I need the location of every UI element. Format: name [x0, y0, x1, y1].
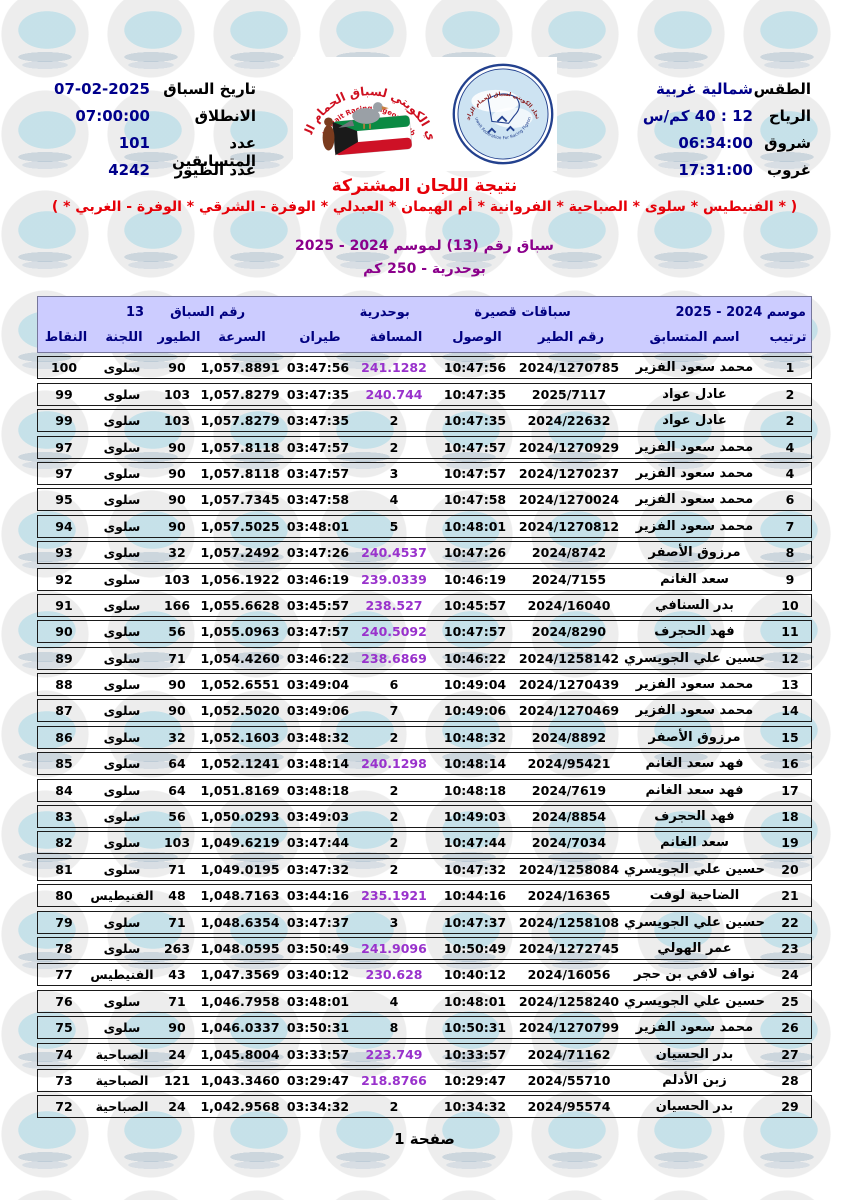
points-cell: 75 [38, 1020, 90, 1035]
committee-cell: سلوى [90, 572, 154, 587]
distance-cell: 241.1282 [356, 360, 432, 375]
rank-cell: 27 [769, 1047, 811, 1062]
weather-value: شمالية غربية [597, 80, 753, 98]
birds-count-cell: 90 [154, 360, 200, 375]
points-cell: 87 [38, 703, 90, 718]
arrival-time-cell: 10:50:31 [432, 1020, 518, 1035]
rank-cell: 9 [769, 572, 811, 587]
result-row: 10 بدر السنافي 2024/16040 10:45:57 238.5… [37, 594, 812, 617]
contestant-name-cell: زبن الأدلم [620, 1073, 769, 1088]
wind-label: الرياح [753, 107, 811, 125]
result-row: 17 فهد سعد الغانم 2024/7619 10:48:18 2 0… [37, 779, 812, 802]
flight-time-cell: 03:48:18 [280, 783, 356, 798]
col-header-committee: اللجنة [92, 330, 156, 345]
arrival-time-cell: 10:44:16 [432, 888, 518, 903]
wind-value: 12 : 40 كم/س [597, 107, 753, 125]
distance-cell: 2 [356, 440, 432, 455]
rank-cell: 8 [769, 545, 811, 560]
speed-cell: 1,046.7958 [200, 994, 280, 1009]
birds-count-cell: 90 [154, 466, 200, 481]
committee-cell: سلوى [90, 677, 154, 692]
birds-count-cell: 263 [154, 941, 200, 956]
birds-count-cell: 56 [154, 624, 200, 639]
col-header-distance: المسافة [358, 330, 434, 345]
points-cell: 78 [38, 941, 90, 956]
points-cell: 99 [38, 413, 90, 428]
main-title: نتيجة اللجان المشتركة [0, 176, 849, 196]
birds-count-cell: 71 [154, 651, 200, 666]
arrival-time-cell: 10:49:04 [432, 677, 518, 692]
flight-time-cell: 03:47:57 [280, 624, 356, 639]
contestant-name-cell: محمد سعود الفزير [620, 466, 769, 481]
speed-cell: 1,050.0293 [200, 809, 280, 824]
rank-cell: 11 [769, 624, 811, 639]
points-cell: 88 [38, 677, 90, 692]
rank-cell: 15 [769, 730, 811, 745]
flight-time-cell: 03:29:47 [280, 1073, 356, 1088]
distance-cell: 238.527 [356, 598, 432, 613]
points-cell: 73 [38, 1073, 90, 1088]
flight-time-cell: 03:49:06 [280, 703, 356, 718]
arrival-time-cell: 10:47:57 [432, 466, 518, 481]
col-header-points: النقاط [40, 330, 92, 345]
distance-cell: 240.4537 [356, 545, 432, 560]
arrival-time-cell: 10:47:56 [432, 360, 518, 375]
results-table: موسم 2024 - 2025 سباقات قصيرة بوحدرية رق… [37, 296, 812, 1118]
birds-count-cell: 43 [154, 967, 200, 982]
speed-cell: 1,052.1603 [200, 730, 280, 745]
points-cell: 89 [38, 651, 90, 666]
points-cell: 90 [38, 624, 90, 639]
flight-time-cell: 03:46:22 [280, 651, 356, 666]
flight-time-cell: 03:47:57 [280, 466, 356, 481]
points-cell: 82 [38, 835, 90, 850]
birds-count-cell: 103 [154, 835, 200, 850]
result-row: 27 بدر الحسيان 2024/71162 10:33:57 223.7… [37, 1043, 812, 1066]
flight-time-cell: 03:48:14 [280, 756, 356, 771]
flight-time-cell: 03:34:32 [280, 1099, 356, 1114]
distance-cell: 218.8766 [356, 1073, 432, 1088]
bird-number-cell: 2024/71162 [518, 1047, 620, 1062]
weather-row: الطقس شمالية غربية [593, 80, 811, 107]
contestant-name-cell: محمد سعود الفزير [620, 440, 769, 455]
arrival-time-cell: 10:47:57 [432, 440, 518, 455]
flight-time-cell: 03:47:44 [280, 835, 356, 850]
contestant-name-cell: فهد الحجرف [620, 809, 769, 824]
speed-cell: 1,057.8118 [200, 466, 280, 481]
arrival-time-cell: 10:47:37 [432, 915, 518, 930]
speed-cell: 1,057.8118 [200, 440, 280, 455]
committee-cell: سلوى [90, 730, 154, 745]
arrival-time-cell: 10:46:22 [432, 651, 518, 666]
birds-count-cell: 71 [154, 862, 200, 877]
result-row: 26 محمد سعود الفزير 2024/1270799 10:50:3… [37, 1016, 812, 1039]
contestant-name-cell: محمد سعود الفزير [620, 703, 769, 718]
contestant-name-cell: حسين علي الجويسري [620, 915, 769, 930]
speed-cell: 1,049.0195 [200, 862, 280, 877]
speed-cell: 1,042.9568 [200, 1099, 280, 1114]
col-header-flight: طيران [282, 330, 358, 345]
result-row: 2 عادل عواد 2024/22632 10:47:35 2 03:47:… [37, 409, 812, 432]
table-header: موسم 2024 - 2025 سباقات قصيرة بوحدرية رق… [37, 296, 812, 353]
birds-count-cell: 24 [154, 1047, 200, 1062]
birds-count-cell: 48 [154, 888, 200, 903]
distance-cell: 2 [356, 413, 432, 428]
committee-cell: سلوى [90, 519, 154, 534]
distance-cell: 2 [356, 809, 432, 824]
flight-time-cell: 03:47:35 [280, 387, 356, 402]
points-cell: 94 [38, 519, 90, 534]
release-time-label: الانطلاق [150, 107, 256, 125]
rank-cell: 22 [769, 915, 811, 930]
bird-number-cell: 2024/1270439 [518, 677, 620, 692]
result-row: 4 محمد سعود الفزير 2024/1270929 10:47:57… [37, 436, 812, 459]
speed-cell: 1,048.7163 [200, 888, 280, 903]
birds-count-cell: 71 [154, 915, 200, 930]
distance-cell: 4 [356, 492, 432, 507]
bird-number-cell: 2024/8290 [518, 624, 620, 639]
points-cell: 81 [38, 862, 90, 877]
distance-cell: 2 [356, 730, 432, 745]
committee-cell: سلوى [90, 703, 154, 718]
arrival-time-cell: 10:49:06 [432, 703, 518, 718]
points-cell: 85 [38, 756, 90, 771]
sunrise-value: 06:34:00 [597, 134, 753, 152]
distance-cell: 240.5092 [356, 624, 432, 639]
weather-info-block: الطقس شمالية غربية الرياح 12 : 40 كم/س ش… [593, 80, 811, 188]
distance-cell: 241.9096 [356, 941, 432, 956]
bird-number-cell: 2024/1270237 [518, 466, 620, 481]
col-header-birds: الطيور [156, 330, 202, 345]
result-row: 20 حسين علي الجويسري 2024/1258084 10:47:… [37, 858, 812, 881]
speed-cell: 1,057.8891 [200, 360, 280, 375]
rank-cell: 18 [769, 809, 811, 824]
rank-cell: 2 [769, 413, 811, 428]
speed-cell: 1,052.1241 [200, 756, 280, 771]
result-row: 21 الضاحية لوفت 2024/16365 10:44:16 235.… [37, 884, 812, 907]
rank-cell: 1 [769, 360, 811, 375]
rank-cell: 25 [769, 994, 811, 1009]
rank-cell: 14 [769, 703, 811, 718]
result-row: 19 سعد الغانم 2024/7034 10:47:44 2 03:47… [37, 831, 812, 854]
arrival-time-cell: 10:46:19 [432, 572, 518, 587]
committee-cell: سلوى [90, 413, 154, 428]
contestant-name-cell: فهد سعد الغانم [620, 756, 769, 771]
points-cell: 72 [38, 1099, 90, 1114]
speed-cell: 1,051.8169 [200, 783, 280, 798]
rank-cell: 7 [769, 519, 811, 534]
birds-count-cell: 64 [154, 756, 200, 771]
flight-time-cell: 03:47:35 [280, 413, 356, 428]
rank-cell: 20 [769, 862, 811, 877]
distance-cell: 4 [356, 994, 432, 1009]
contestant-name-cell: محمد سعود الفزير [620, 677, 769, 692]
result-row: 7 محمد سعود الفزير 2024/1270812 10:48:01… [37, 515, 812, 538]
distance-cell: 8 [356, 1020, 432, 1035]
speed-cell: 1,046.0337 [200, 1020, 280, 1035]
speed-cell: 1,052.6551 [200, 677, 280, 692]
result-row: 9 سعد الغانم 2024/7155 10:46:19 239.0339… [37, 568, 812, 591]
committee-cell: سلوى [90, 624, 154, 639]
committee-cell: سلوى [90, 756, 154, 771]
rank-cell: 19 [769, 835, 811, 850]
bird-number-cell: 2024/1258084 [518, 862, 620, 877]
birds-count-cell: 32 [154, 730, 200, 745]
race-date-value: 07-02-2025 [44, 80, 150, 98]
rank-cell: 21 [769, 888, 811, 903]
committee-cell: سلوى [90, 783, 154, 798]
committee-cell: سلوى [90, 994, 154, 1009]
result-row: 13 محمد سعود الفزير 2024/1270439 10:49:0… [37, 673, 812, 696]
bird-number-cell: 2024/16056 [518, 967, 620, 982]
bird-number-cell: 2024/8854 [518, 809, 620, 824]
arrival-time-cell: 10:47:26 [432, 545, 518, 560]
birds-count-cell: 90 [154, 703, 200, 718]
arrival-time-cell: 10:49:03 [432, 809, 518, 824]
contestant-name-cell: محمد سعود الفزير [620, 519, 769, 534]
result-row: 12 حسين علي الجويسري 2024/1258142 10:46:… [37, 647, 812, 670]
bird-number-cell: 2024/7155 [518, 572, 620, 587]
rank-cell: 23 [769, 941, 811, 956]
col-header-bird: رقم الطير [520, 330, 622, 345]
result-row: 2 عادل عواد 2025/7117 10:47:35 240.744 0… [37, 383, 812, 406]
distance-cell: 223.749 [356, 1047, 432, 1062]
contestant-name-cell: مرزوق الأصفر [620, 730, 769, 745]
results-page: تاريخ السباق 07-02-2025 الانطلاق 07:00:0… [0, 0, 849, 1200]
arrival-time-cell: 10:47:35 [432, 387, 518, 402]
committee-cell: سلوى [90, 387, 154, 402]
distance-cell: 5 [356, 519, 432, 534]
arrival-time-cell: 10:48:18 [432, 783, 518, 798]
birds-count-cell: 90 [154, 677, 200, 692]
flight-time-cell: 03:47:26 [280, 545, 356, 560]
speed-cell: 1,049.6219 [200, 835, 280, 850]
committee-cell: سلوى [90, 492, 154, 507]
arrival-time-cell: 10:34:32 [432, 1099, 518, 1114]
rank-cell: 13 [769, 677, 811, 692]
committee-cell: سلوى [90, 835, 154, 850]
race-location-line: بوحدرية - 250 كم [0, 261, 849, 277]
flight-time-cell: 03:45:57 [280, 598, 356, 613]
speed-cell: 1,048.6354 [200, 915, 280, 930]
bird-number-cell: 2024/8892 [518, 730, 620, 745]
committee-cell: سلوى [90, 360, 154, 375]
result-row: 4 محمد سعود الفزير 2024/1270237 10:47:57… [37, 462, 812, 485]
results-body: 1 محمد سعود الفزير 2024/1270785 10:47:56… [37, 356, 812, 1118]
contestant-name-cell: بدر الحسيان [620, 1047, 769, 1062]
points-cell: 83 [38, 809, 90, 824]
arrival-time-cell: 10:33:57 [432, 1047, 518, 1062]
weather-label: الطقس [753, 80, 811, 98]
flight-time-cell: 03:44:16 [280, 888, 356, 903]
arrival-time-cell: 10:29:47 [432, 1073, 518, 1088]
flight-time-cell: 03:33:57 [280, 1047, 356, 1062]
bird-number-cell: 2024/1270469 [518, 703, 620, 718]
contestant-name-cell: حسين علي الجويسري [620, 651, 769, 666]
distance-cell: 3 [356, 466, 432, 481]
distance-cell: 235.1921 [356, 888, 432, 903]
contestant-name-cell: فهد سعد الغانم [620, 783, 769, 798]
result-row: 22 حسين علي الجويسري 2024/1258108 10:47:… [37, 911, 812, 934]
flight-time-cell: 03:47:37 [280, 915, 356, 930]
result-row: 29 بدر الحسيان 2024/95574 10:34:32 2 03:… [37, 1095, 812, 1118]
birds-count-cell: 24 [154, 1099, 200, 1114]
rank-cell: 6 [769, 492, 811, 507]
race-date-label: تاريخ السباق [150, 80, 256, 98]
flight-time-cell: 03:50:31 [280, 1020, 356, 1035]
flight-time-cell: 03:47:56 [280, 360, 356, 375]
result-row: 8 مرزوق الأصفر 2024/8742 10:47:26 240.45… [37, 541, 812, 564]
col-header-arrival: الوصول [434, 330, 520, 345]
arrival-time-cell: 10:47:32 [432, 862, 518, 877]
table-columns-row: ترتيب اسم المتسابق رقم الطير الوصول المس… [40, 324, 809, 350]
bird-number-cell: 2024/95421 [518, 756, 620, 771]
race-category-label: سباقات قصيرة [438, 305, 607, 320]
col-header-rank: ترتيب [767, 330, 809, 345]
birds-count-cell: 71 [154, 994, 200, 1009]
committee-cell: الصباحية [90, 1073, 154, 1088]
distance-cell: 3 [356, 915, 432, 930]
points-cell: 86 [38, 730, 90, 745]
speed-cell: 1,055.6628 [200, 598, 280, 613]
birds-count-cell: 32 [154, 545, 200, 560]
bird-number-cell: 2024/1258240 [518, 994, 620, 1009]
bird-number-cell: 2024/95574 [518, 1099, 620, 1114]
flight-time-cell: 03:49:03 [280, 809, 356, 824]
bird-number-cell: 2024/16365 [518, 888, 620, 903]
rank-cell: 16 [769, 756, 811, 771]
distance-cell: 2 [356, 835, 432, 850]
result-row: 6 محمد سعود الفزير 2024/1270024 10:47:58… [37, 488, 812, 511]
committee-cell: سلوى [90, 1020, 154, 1035]
speed-cell: 1,057.7345 [200, 492, 280, 507]
speed-cell: 1,057.5025 [200, 519, 280, 534]
bird-number-cell: 2024/22632 [518, 413, 620, 428]
points-cell: 92 [38, 572, 90, 587]
speed-cell: 1,052.5020 [200, 703, 280, 718]
rank-cell: 17 [769, 783, 811, 798]
contestant-name-cell: بدر الحسيان [620, 1099, 769, 1114]
col-header-name: اسم المتسابق [622, 330, 767, 345]
bird-number-cell: 2024/1258108 [518, 915, 620, 930]
birds-count-cell: 103 [154, 572, 200, 587]
bird-number-cell: 2024/1272745 [518, 941, 620, 956]
committee-cell: سلوى [90, 545, 154, 560]
bird-number-cell: 2024/1270812 [518, 519, 620, 534]
arrival-time-cell: 10:50:49 [432, 941, 518, 956]
rank-cell: 10 [769, 598, 811, 613]
rank-cell: 2 [769, 387, 811, 402]
rank-cell: 29 [769, 1099, 811, 1114]
result-row: 24 نواف لافي بن حجر 2024/16056 10:40:12 … [37, 963, 812, 986]
flight-time-cell: 03:47:32 [280, 862, 356, 877]
committee-cell: سلوى [90, 809, 154, 824]
contestant-name-cell: عمر الهولي [620, 941, 769, 956]
flight-time-cell: 03:50:49 [280, 941, 356, 956]
race-no-value: 13 [126, 305, 144, 320]
arrival-time-cell: 10:47:35 [432, 413, 518, 428]
points-cell: 93 [38, 545, 90, 560]
rank-cell: 12 [769, 651, 811, 666]
contestant-name-cell: عادل عواد [620, 387, 769, 402]
points-cell: 84 [38, 783, 90, 798]
points-cell: 76 [38, 994, 90, 1009]
distance-cell: 239.0339 [356, 572, 432, 587]
arrival-time-cell: 10:48:14 [432, 756, 518, 771]
bird-number-cell: 2024/8742 [518, 545, 620, 560]
release-time-value: 07:00:00 [44, 107, 150, 125]
flight-time-cell: 03:49:04 [280, 677, 356, 692]
result-row: 14 محمد سعود الفزير 2024/1270469 10:49:0… [37, 699, 812, 722]
birds-count-cell: 166 [154, 598, 200, 613]
birds-count-cell: 64 [154, 783, 200, 798]
rank-cell: 4 [769, 440, 811, 455]
points-cell: 79 [38, 915, 90, 930]
points-cell: 95 [38, 492, 90, 507]
points-cell: 91 [38, 598, 90, 613]
committee-cell: سلوى [90, 941, 154, 956]
flight-time-cell: 03:47:57 [280, 440, 356, 455]
bird-number-cell: 2024/7619 [518, 783, 620, 798]
release-time-row: الانطلاق 07:00:00 [38, 107, 256, 134]
committee-cell: سلوى [90, 651, 154, 666]
contestant-name-cell: حسين علي الجويسري [620, 862, 769, 877]
points-cell: 97 [38, 466, 90, 481]
contestant-name-cell: عادل عواد [620, 413, 769, 428]
flight-time-cell: 03:48:01 [280, 519, 356, 534]
result-row: 28 زبن الأدلم 2024/55710 10:29:47 218.87… [37, 1069, 812, 1092]
bird-number-cell: 2024/1270799 [518, 1020, 620, 1035]
distance-cell: 2 [356, 862, 432, 877]
points-cell: 99 [38, 387, 90, 402]
speed-cell: 1,055.0963 [200, 624, 280, 639]
arrival-time-cell: 10:40:12 [432, 967, 518, 982]
speed-cell: 1,057.8279 [200, 413, 280, 428]
race-location-label: بوحدرية [331, 305, 438, 320]
committees-line: ( * الفنيطيس * سلوى * الصباحية * الفروان… [0, 199, 849, 215]
race-number-line: سباق رقم (13) لموسم 2024 - 2025 [0, 238, 849, 254]
race-no-group: رقم السباق 13 [40, 305, 331, 320]
contestant-name-cell: سعد الغانم [620, 835, 769, 850]
result-row: 23 عمر الهولي 2024/1272745 10:50:49 241.… [37, 937, 812, 960]
committee-cell: سلوى [90, 466, 154, 481]
arrival-time-cell: 10:47:58 [432, 492, 518, 507]
distance-cell: 230.628 [356, 967, 432, 982]
distance-cell: 240.1298 [356, 756, 432, 771]
rank-cell: 26 [769, 1020, 811, 1035]
distance-cell: 2 [356, 1099, 432, 1114]
contestant-name-cell: مرزوق الأصفر [620, 545, 769, 560]
result-row: 15 مرزوق الأصفر 2024/8892 10:48:32 2 03:… [37, 726, 812, 749]
birds-count-cell: 56 [154, 809, 200, 824]
arrival-time-cell: 10:48:01 [432, 519, 518, 534]
rank-cell: 24 [769, 967, 811, 982]
bird-number-cell: 2024/7034 [518, 835, 620, 850]
falcon-icon [322, 117, 334, 150]
bird-number-cell: 2024/1270929 [518, 440, 620, 455]
contestant-name-cell: محمد سعود الفزير [620, 492, 769, 507]
points-cell: 97 [38, 440, 90, 455]
rank-cell: 4 [769, 466, 811, 481]
bird-number-cell: 2024/1270785 [518, 360, 620, 375]
race-no-label: رقم السباق [170, 305, 245, 320]
points-cell: 100 [38, 360, 90, 375]
speed-cell: 1,054.4260 [200, 651, 280, 666]
result-row: 11 فهد الحجرف 2024/8290 10:47:57 240.509… [37, 620, 812, 643]
page-footer: صفحة 1 [0, 1130, 849, 1148]
distance-cell: 7 [356, 703, 432, 718]
speed-cell: 1,047.3569 [200, 967, 280, 982]
